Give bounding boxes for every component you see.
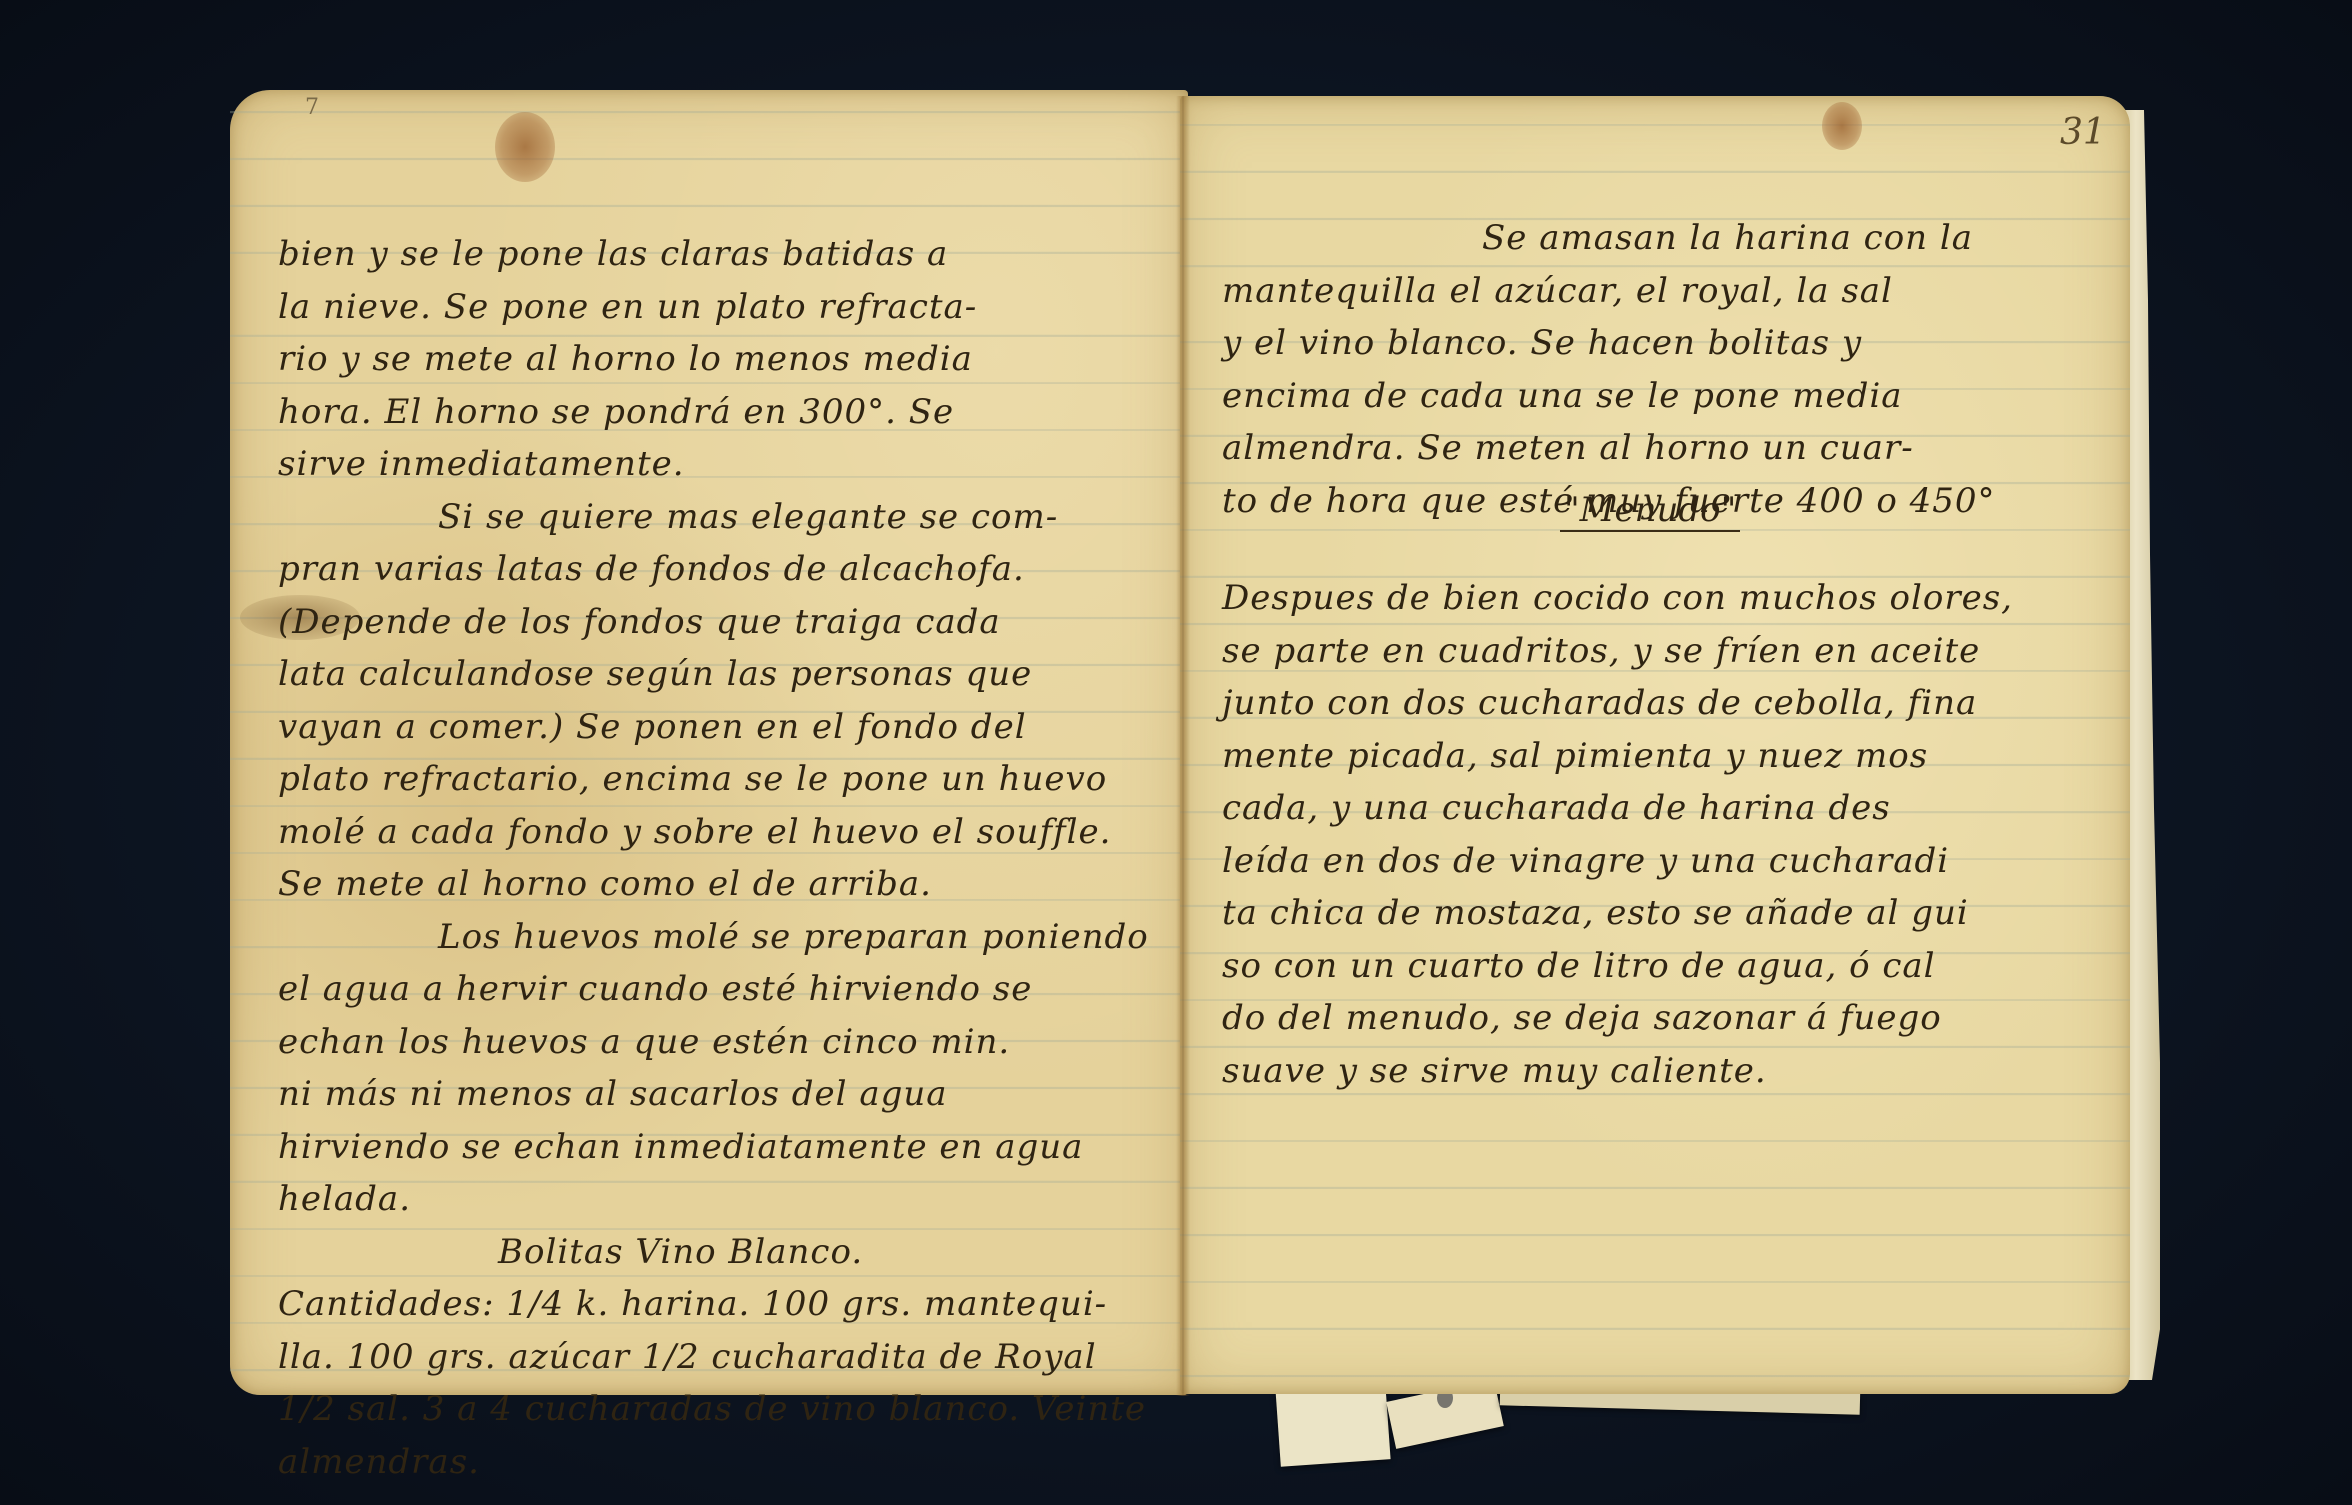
recipe-title-menudo: "Menudo" [1560,490,1740,532]
text-line: el agua a hervir cuando esté hirviendo s… [278,963,1178,1016]
text-line: cada, y una cucharada de harina des [1222,782,2122,835]
text-line: so con un cuarto de litro de agua, ó cal [1222,940,2122,993]
right-page-instructions: Se amasan la harina con la mantequilla e… [1222,212,2122,527]
text-line: encima de cada una se le pone media [1222,370,2122,423]
text-line: la nieve. Se pone en un plato refracta- [278,281,1178,334]
text-line: mantequilla el azúcar, el royal, la sal [1222,265,2122,318]
text-line: Se amasan la harina con la [1222,212,2122,265]
ingredients-line: almendras. [278,1436,1178,1489]
text-line: pran varias latas de fondos de alcachofa… [278,543,1178,596]
text-line: molé a cada fondo y sobre el huevo el so… [278,806,1178,859]
text-line: suave y se sirve muy caliente. [1222,1045,2122,1098]
text-line: lata calculandose según las personas que [278,648,1178,701]
text-line: hirviendo se echan inmediatamente en agu… [278,1121,1178,1174]
text-line: rio y se mete al horno lo menos media [278,333,1178,386]
text-line: Los huevos molé se preparan poniendo [278,911,1178,964]
text-line: se parte en cuadritos, y se fríen en ace… [1222,625,2122,678]
ingredients-line: 1/2 sal. 3 a 4 cucharadas de vino blanco… [278,1383,1178,1436]
ingredients-line: lla. 100 grs. azúcar 1/2 cucharadita de … [278,1331,1178,1384]
notebook-scan: 7 bien y se le pone las claras batidas a… [0,0,2352,1505]
text-line: Despues de bien cocido con muchos olores… [1222,572,2122,625]
text-line: junto con dos cucharadas de cebolla, fin… [1222,677,2122,730]
page-number: 31 [2060,112,2106,153]
text-line: sirve inmediatamente. [278,438,1178,491]
water-stain [495,112,555,182]
text-line: do del menudo, se deja sazonar á fuego [1222,992,2122,1045]
text-line: Se mete al horno como el de arriba. [278,858,1178,911]
text-line: leída en dos de vinagre y una cucharadi [1222,835,2122,888]
text-line: vayan a comer.) Se ponen en el fondo del [278,701,1178,754]
text-line: ta chica de mostaza, esto se añade al gu… [1222,887,2122,940]
loose-paper-sheet [1275,1381,1390,1466]
text-line: (Depende de los fondos que traiga cada [278,596,1178,649]
text-line: y el vino blanco. Se hacen bolitas y [1222,317,2122,370]
text-line: mente picada, sal pimienta y nuez mos [1222,730,2122,783]
menudo-recipe-text: Despues de bien cocido con muchos olores… [1222,572,2122,1097]
text-line: hora. El horno se pondrá en 300°. Se [278,386,1178,439]
text-line: plato refractario, encima se le pone un … [278,753,1178,806]
text-line: ni más ni menos al sacarlos del agua [278,1068,1178,1121]
recipe-title-bolitas: Bolitas Vino Blanco. [278,1226,1178,1279]
text-line: helada. [278,1173,1178,1226]
text-line: bien y se le pone las claras batidas a [278,228,1178,281]
text-line: almendra. Se meten al horno un cuar- [1222,422,2122,475]
text-line: Si se quiere mas elegante se com- [278,491,1178,544]
water-stain [1822,102,1862,150]
book-gutter [1176,96,1190,1396]
text-line: echan los huevos a que estén cinco min. [278,1016,1178,1069]
ingredients-line: Cantidades: 1/4 k. harina. 100 grs. mant… [278,1278,1178,1331]
left-page-text: bien y se le pone las claras batidas a l… [278,228,1178,1488]
corner-mark: 7 [305,95,319,120]
